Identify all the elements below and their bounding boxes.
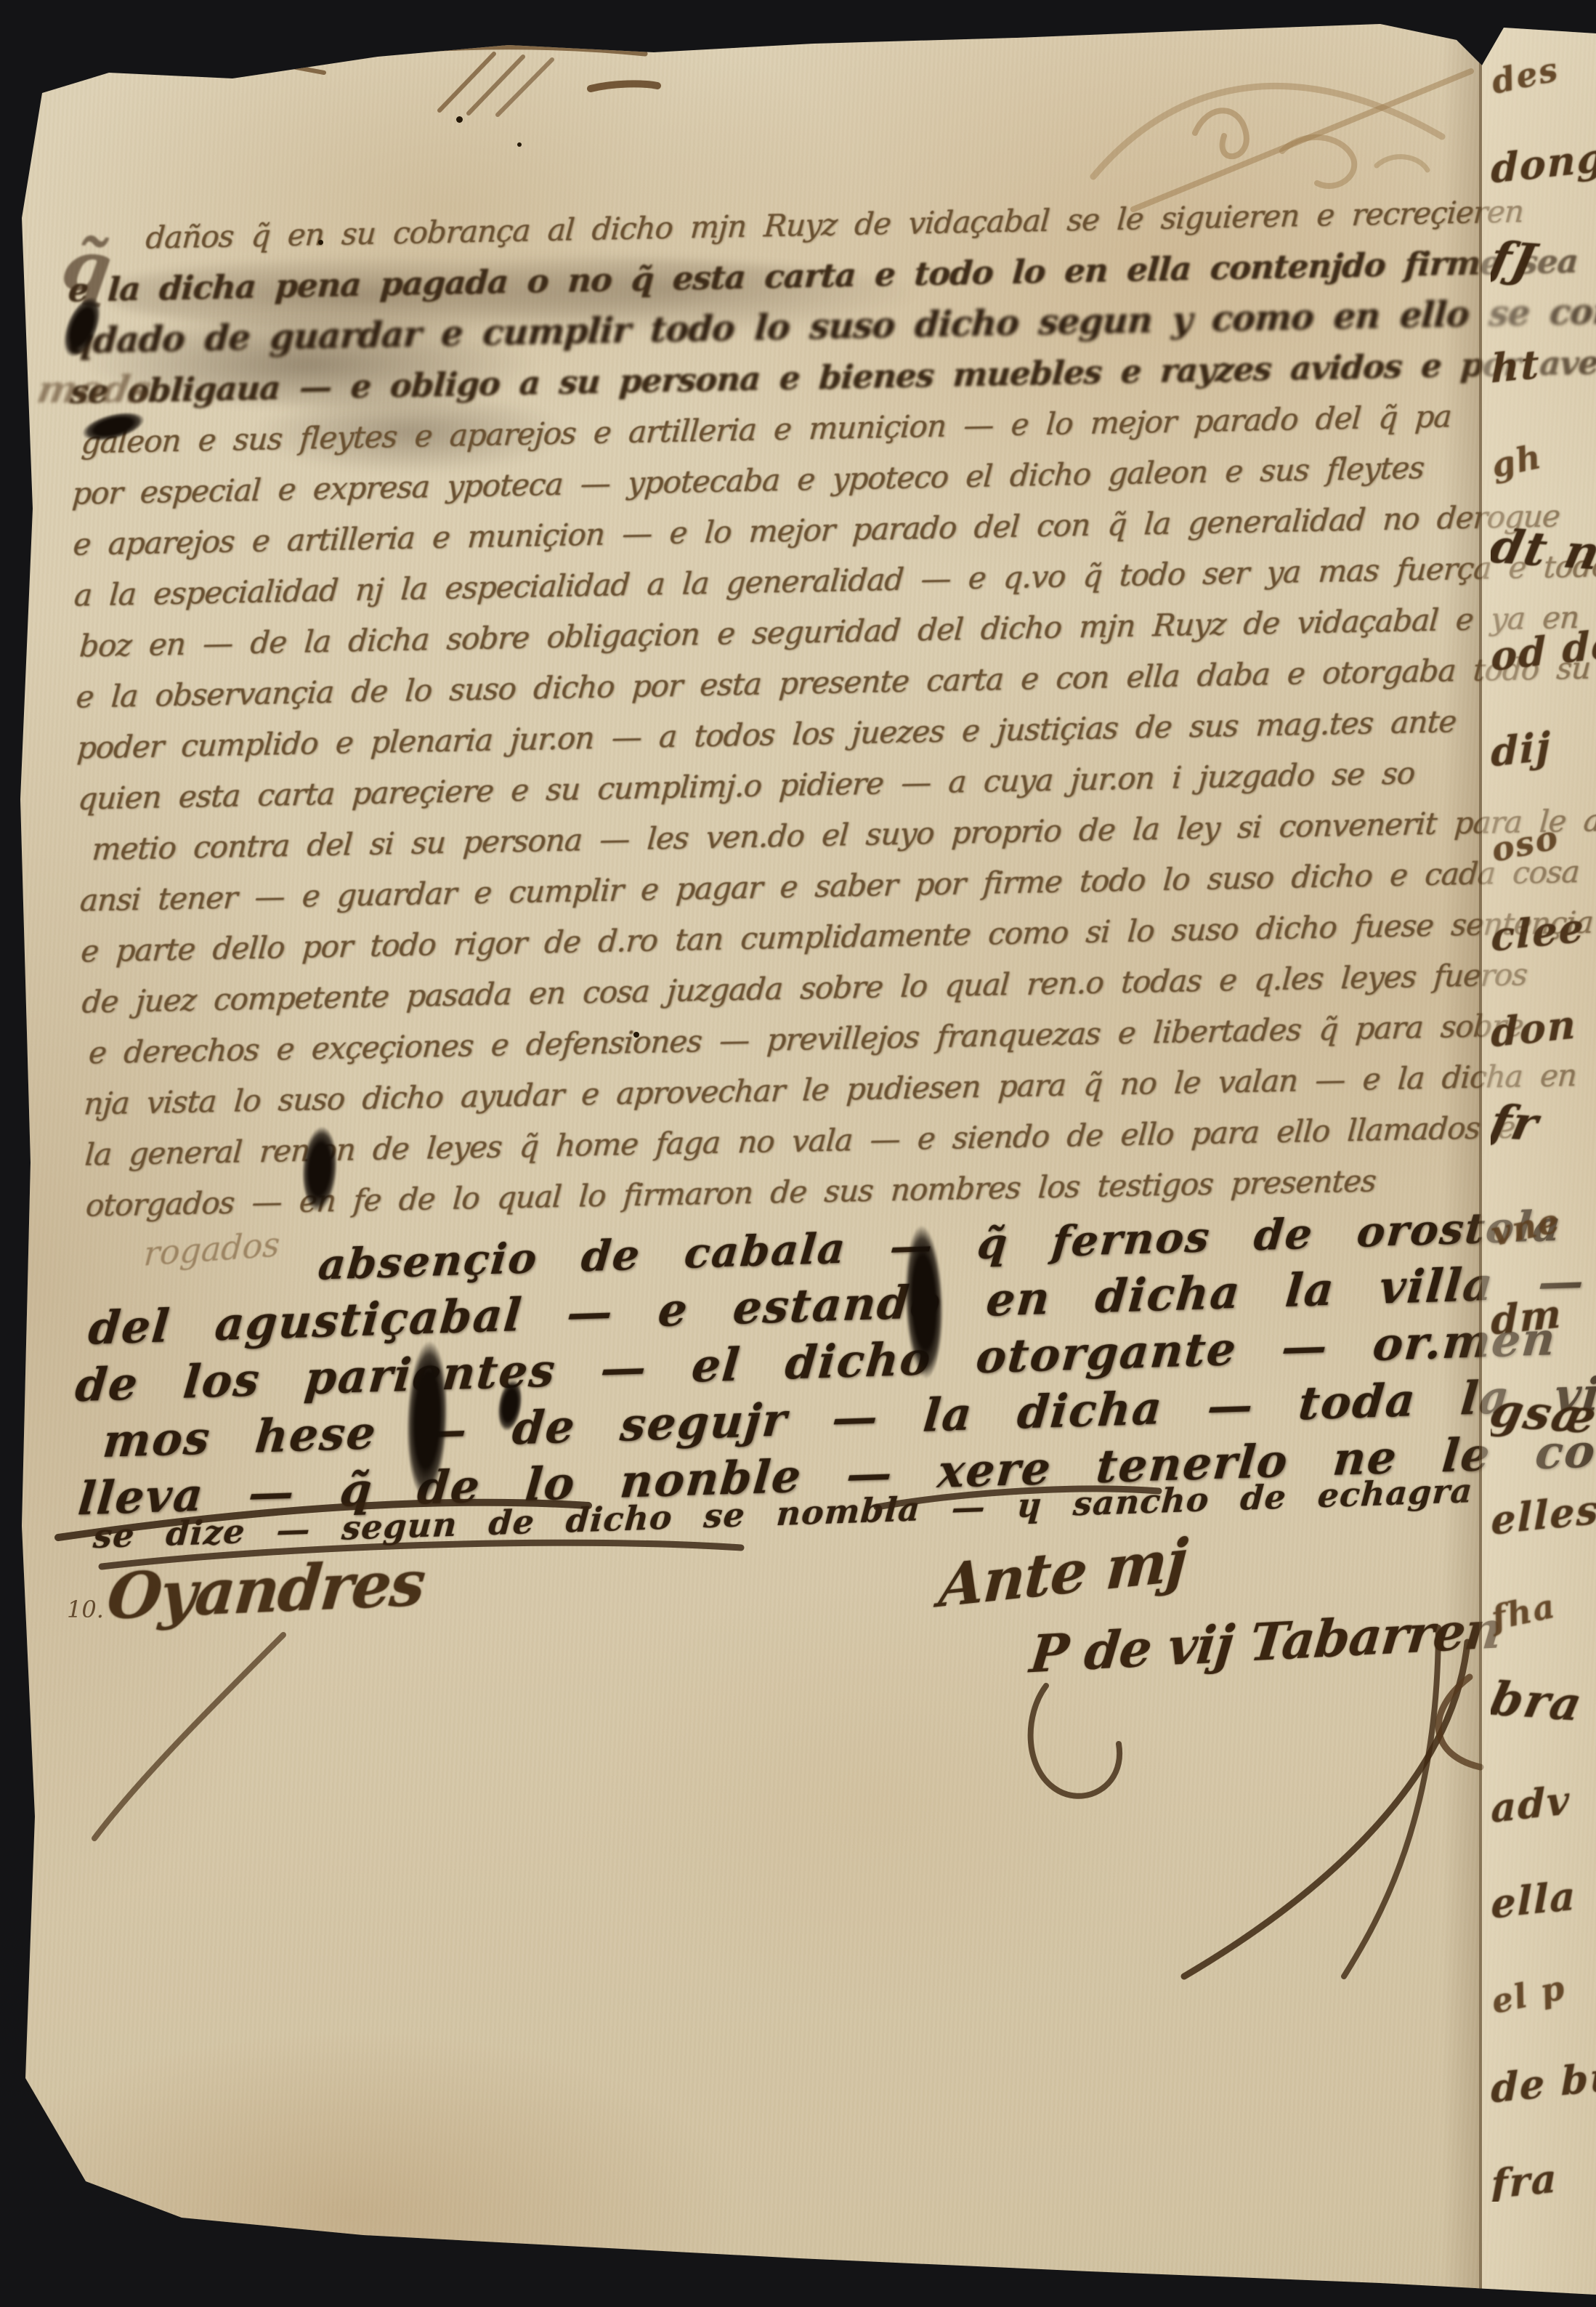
bleed-through-word: mods [34,368,155,412]
signature-tail-flourish [80,1620,298,1853]
scanned-manuscript: daños q̃ en su cobrança al dicho mjn Ruy… [0,0,1596,2307]
signature-flourish [1002,1599,1511,2005]
ink-speck [517,142,522,147]
ink-dash [585,73,665,102]
adjacent-page-fragment: od de [1491,621,1596,680]
page-gutter [1479,62,1482,2307]
adjacent-page-fragment: fr [1491,1095,1596,1157]
adjacent-page-fragment: de bue [1491,2053,1596,2112]
adjacent-page-fragment: oso [1491,807,1596,870]
underline-flourish [868,1469,1173,1520]
manuscript-page: daños q̃ en su cobrança al dicho mjn Ruy… [0,0,1596,2307]
adjacent-page-fragment: don [1491,997,1596,1056]
ink-speck [456,116,463,123]
adjacent-page-fragment: dt n [1491,520,1596,581]
adjacent-page-fragment: des [1491,51,1596,102]
adjacent-page-fragment: fha [1491,1575,1596,1638]
adjacent-page-fragment: vne [1491,1191,1596,1253]
adjacent-page-fragment: fra [1491,2149,1596,2202]
ink-speck [633,1032,639,1038]
main-text-block: daños q̃ en su cobrança al dicho mjn Ruy… [67,187,1510,1231]
adjacent-page-fragment: ht [1491,333,1596,392]
ink-speck [318,240,323,245]
adjacent-page-fragment: adv [1491,1773,1596,1832]
hatch-strokes [425,45,585,118]
adjacent-page-fragment: bra [1491,1671,1596,1733]
adjacent-page-fragment: clee [1491,901,1596,960]
adjacent-page-fragment: dij [1491,716,1596,775]
page-gutter-shadow [1442,29,1482,2307]
adjacent-page-fragment: gh [1491,423,1596,485]
facing-page-text-fragments: des dong fJ ht gh dt n od de dij oso cle… [1491,51,1596,2202]
adjacent-page-fragment: gsæ [1491,1383,1596,1445]
adjacent-page-fragment: elles [1491,1484,1596,1543]
adjacent-page-fragment: ella [1491,1869,1596,1928]
folio-number: 10. [67,1596,104,1623]
adjacent-page-fragment: el p [1491,1959,1596,2021]
adjacent-page-fragment: fJ [1491,232,1596,294]
adjacent-page-fragment: dong [1491,133,1596,192]
adjacent-page-fragment: dm [1491,1285,1596,1344]
